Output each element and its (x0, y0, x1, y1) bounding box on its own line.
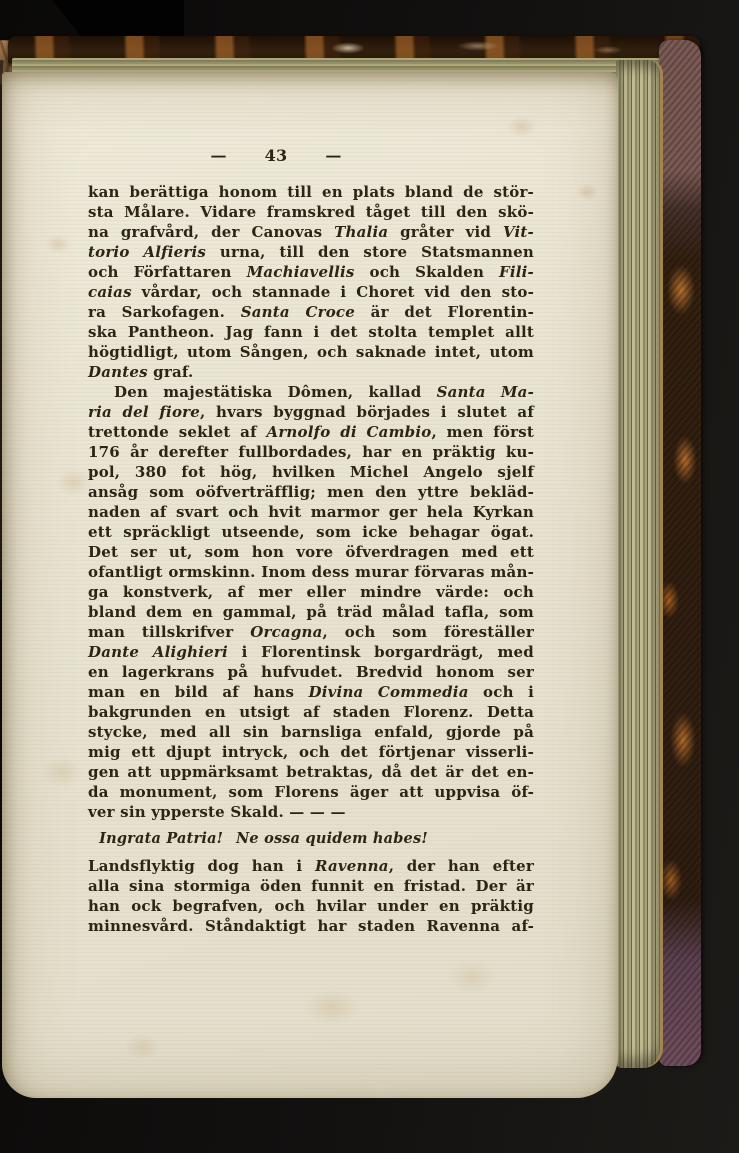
text-segment: ofantligt ormskinn. Inom dess murar förv… (88, 563, 534, 581)
italic-text-segment: Santa Croce (241, 303, 355, 321)
italic-text-segment: ria del fiore (88, 403, 200, 421)
text-body: kan berättiga honom till en plats bland … (88, 182, 534, 936)
italic-text-segment: Arnolfo di Cambio (266, 423, 431, 441)
italic-text-segment: Dantes (88, 363, 148, 381)
text-line: na grafvård, der Canovas Thalia gråter v… (88, 222, 534, 242)
text-segment: sta Målare. Vidare framskred tåget till … (88, 203, 534, 221)
italic-text-segment: Thalia (334, 223, 388, 241)
text-line: naden af svart och hvit marmor ger hela … (88, 502, 534, 522)
text-segment: högtidligt, utom Sången, och saknade int… (88, 343, 534, 361)
text-line: ga konstverk, af mer eller mindre värde:… (88, 582, 534, 602)
text-segment: na grafvård, der Canovas (88, 223, 334, 241)
text-segment: och Författaren (88, 263, 247, 281)
text-line: ria del fiore, hvars byggnad börjades i … (88, 402, 534, 422)
page-number: 43 (265, 146, 288, 166)
text-line: man tillskrifver Orcagna, och som förest… (88, 622, 534, 642)
text-line: da monument, som Florens äger att uppvis… (88, 782, 534, 802)
text-segment: graf. (148, 363, 194, 381)
text-line: caias vårdar, och stannade i Choret vid … (88, 282, 534, 302)
italic-text-segment: Ravenna (315, 857, 389, 875)
text-line: högtidligt, utom Sången, och saknade int… (88, 342, 534, 362)
text-line: han ock begrafven, och hvilar under en p… (88, 896, 534, 916)
text-segment: 176 år derefter fullbordades, har en prä… (88, 443, 534, 461)
paragraph-duomo-dante: Den majestätiska Dômen, kallad Santa Ma-… (88, 382, 534, 822)
text-segment: man en bild af hans (88, 683, 309, 701)
text-line: 176 år derefter fullbordades, har en prä… (88, 442, 534, 462)
paragraph-ravenna: Landsflyktig dog han i Ravenna, der han … (88, 856, 534, 936)
text-line: ofantligt ormskinn. Inom dess murar förv… (88, 562, 534, 582)
text-segment: ett spräckligt utseende, som icke behaga… (88, 523, 534, 541)
text-line: trettonde seklet af Arnolfo di Cambio, m… (88, 422, 534, 442)
text-segment: ra Sarkofagen. (88, 303, 241, 321)
text-line: torio Alfieris urna, till den store Stat… (88, 242, 534, 262)
text-line: Dantes graf. (88, 362, 534, 382)
printed-text-block: — 43 — kan berättiga honom till en plats… (88, 146, 534, 936)
text-segment: gråter vid (388, 223, 503, 241)
text-segment: är det Florentin- (355, 303, 534, 321)
text-segment: , hvars byggnad börjades i slutet af (200, 403, 534, 421)
latin-quote: Ingrata Patria! Ne ossa quidem habes! (88, 829, 534, 849)
text-segment: man tillskrifver (88, 623, 250, 641)
text-line: mig ett djupt intryck, och det förtjenar… (88, 742, 534, 762)
text-line: alla sina stormiga öden funnit en frista… (88, 876, 534, 896)
italic-text-segment: Orcagna (250, 623, 322, 641)
text-segment: Landsflyktig dog han i (88, 857, 315, 875)
italic-text-segment: Vit- (503, 223, 534, 241)
text-segment: vårdar, och stannade i Choret vid den st… (132, 283, 534, 301)
text-segment: Den majestätiska Dômen, kallad (114, 383, 437, 401)
text-segment: urna, till den store Statsmannen (206, 243, 534, 261)
italic-text-segment: torio Alfieris (88, 243, 206, 261)
paragraph-santa-croce: kan berättiga honom till en plats bland … (88, 182, 534, 382)
page-edges-right (616, 60, 663, 1068)
text-line: Ingrata Patria! Ne ossa quidem habes! (88, 829, 439, 849)
text-segment: han ock begrafven, och hvilar under en p… (88, 897, 534, 915)
text-line: ra Sarkofagen. Santa Croce är det Floren… (88, 302, 534, 322)
text-segment: stycke, med all sin barnsliga enfald, gj… (88, 723, 534, 741)
text-line: gen att uppmärksamt betraktas, då det är… (88, 762, 534, 782)
text-segment: en lagerkrans på hufvudet. Bredvid honom… (88, 663, 534, 681)
text-segment: ansåg som oöfverträfflig; men den yttre … (88, 483, 534, 501)
text-segment: naden af svart och hvit marmor ger hela … (88, 503, 534, 521)
text-segment: Det ser ut, som hon vore öfverdragen med… (88, 543, 534, 561)
text-line: kan berättiga honom till en plats bland … (88, 182, 534, 202)
italic-text-segment: Ingrata Patria! Ne ossa quidem habes! (99, 830, 428, 847)
text-line: Den majestätiska Dômen, kallad Santa Ma- (88, 382, 534, 402)
text-segment: mig ett djupt intryck, och det förtjenar… (88, 743, 534, 761)
text-line: ansåg som oöfverträfflig; men den yttre … (88, 482, 534, 502)
text-segment: pol, 380 fot hög, hvilken Michel Angelo … (88, 463, 534, 481)
italic-text-segment: Santa Ma- (437, 383, 534, 401)
text-segment: ska Pantheon. Jag fann i det stolta temp… (88, 323, 534, 341)
page-header: — 43 — (88, 146, 534, 166)
text-line: bakgrunden en utsigt af staden Florenz. … (88, 702, 534, 722)
italic-text-segment: caias (88, 283, 132, 301)
text-segment: trettonde seklet af (88, 423, 266, 441)
italic-text-segment: Dante Alighieri (88, 643, 228, 661)
text-segment: och i (469, 683, 534, 701)
italic-text-segment: Divina Commedia (309, 683, 469, 701)
text-segment: och Skalden (355, 263, 499, 281)
text-line: ver sin ypperste Skald. — — — (88, 802, 534, 822)
italic-text-segment: Machiavellis (247, 263, 355, 281)
text-line: sta Målare. Vidare framskred tåget till … (88, 202, 534, 222)
text-line: man en bild af hans Divina Commedia och … (88, 682, 534, 702)
text-line: minnesvård. Ståndaktigt har staden Raven… (88, 916, 534, 936)
text-segment: bakgrunden en utsigt af staden Florenz. … (88, 703, 534, 721)
text-line: ska Pantheon. Jag fann i det stolta temp… (88, 322, 534, 342)
text-segment: , och som föreställer (323, 623, 534, 641)
text-segment: kan berättiga honom till en plats bland … (88, 183, 534, 201)
text-segment: gen att uppmärksamt betraktas, då det är… (88, 763, 534, 781)
header-right-dash: — (325, 146, 341, 166)
text-line: Dante Alighieri i Florentinsk borgardräg… (88, 642, 534, 662)
text-segment: i Florentinsk borgardrägt, med (228, 643, 534, 661)
text-segment: ga konstverk, af mer eller mindre värde:… (88, 583, 534, 601)
text-line: och Författaren Machiavellis och Skalden… (88, 262, 534, 282)
text-line: en lagerkrans på hufvudet. Bredvid honom… (88, 662, 534, 682)
italic-text-segment: Fili- (499, 263, 534, 281)
text-line: pol, 380 fot hög, hvilken Michel Angelo … (88, 462, 534, 482)
header-left-dash: — (210, 146, 226, 166)
text-segment: minnesvård. Ståndaktigt har staden Raven… (88, 917, 534, 935)
text-line: ett spräckligt utseende, som icke behaga… (88, 522, 534, 542)
book-page: — 43 — kan berättiga honom till en plats… (2, 72, 618, 1098)
cover-marbled-fore-edge (659, 40, 701, 1066)
text-line: Landsflyktig dog han i Ravenna, der han … (88, 856, 534, 876)
text-segment: , der han efter (389, 857, 534, 875)
text-line: Det ser ut, som hon vore öfverdragen med… (88, 542, 534, 562)
text-segment: alla sina stormiga öden funnit en frista… (88, 877, 534, 895)
text-line: stycke, med all sin barnsliga enfald, gj… (88, 722, 534, 742)
text-line: bland dem en gammal, på träd målad tafla… (88, 602, 534, 622)
text-segment: da monument, som Florens äger att uppvis… (88, 783, 534, 801)
text-segment: , men först (431, 423, 534, 441)
text-segment: bland dem en gammal, på träd målad tafla… (88, 603, 534, 621)
text-segment: ver sin ypperste Skald. — — — (88, 803, 346, 821)
scanned-book-photo: — 43 — kan berättiga honom till en plats… (0, 0, 739, 1153)
